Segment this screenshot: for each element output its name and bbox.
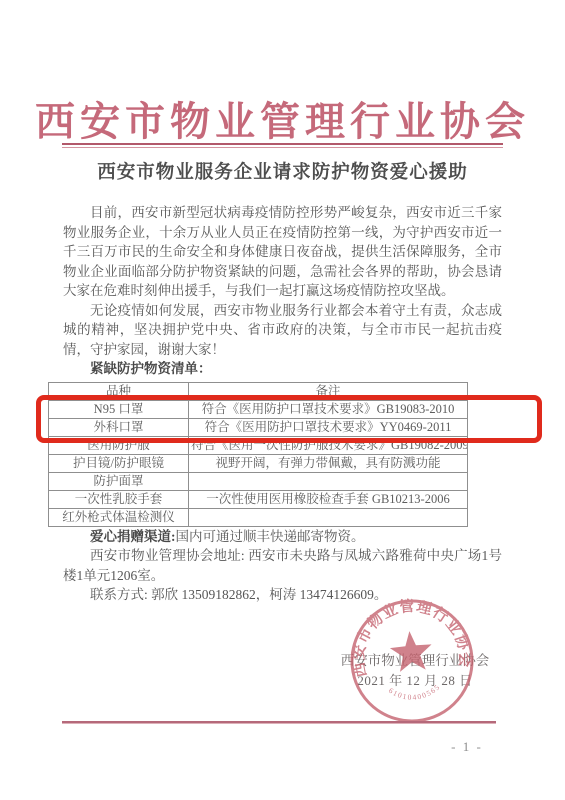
letterhead-divider: [62, 143, 503, 148]
table-row: 护目镜/防护眼镜视野开阔，有弹力带佩戴，具有防溅功能: [49, 454, 468, 472]
column-header-note: 备注: [189, 382, 468, 400]
table-row: 红外枪式体温检测仪: [49, 508, 468, 526]
table-row: N95 口罩符合《医用防护口罩技术要求》GB19083-2010: [49, 400, 468, 418]
contact-line: 联系方式: 郭欣 13509182862，柯涛 13474126609。: [63, 585, 502, 605]
body-paragraph-1: 目前，西安市新型冠状病毒疫情防控形势严峻复杂，西安市近三千家物业服务企业，十余万…: [63, 203, 502, 301]
item-name-cell: 一次性乳胶手套: [49, 490, 189, 508]
item-name-cell: 外科口罩: [49, 418, 189, 436]
table-row: 一次性乳胶手套一次性使用医用橡胶检查手套 GB10213-2006: [49, 490, 468, 508]
item-name-cell: 红外枪式体温检测仪: [49, 508, 189, 526]
document-subtitle: 西安市物业服务企业请求防护物资爱心援助: [0, 158, 565, 184]
donation-channel-line: 爱心捐赠渠道:国内可通过顺丰快递邮寄物资。: [63, 527, 502, 547]
item-note-cell: 一次性使用医用橡胶检查手套 GB10213-2006: [189, 490, 468, 508]
materials-table-body: N95 口罩符合《医用防护口罩技术要求》GB19083-2010外科口罩符合《医…: [49, 400, 468, 526]
item-name-cell: N95 口罩: [49, 400, 189, 418]
donation-channel-text: 国内可通过顺丰快递邮寄物资。: [176, 529, 365, 544]
document-page: 西安市物业管理行业协会 西安市物业服务企业请求防护物资爱心援助 目前，西安市新型…: [0, 0, 565, 800]
item-note-cell: 符合《医用防护口罩技术要求》GB19083-2010: [189, 400, 468, 418]
association-address: 西安市物业管理协会地址: 西安市未央路与凤城六路雅荷中央广场1号楼1单元1206…: [63, 546, 502, 585]
materials-table: 品种 备注 N95 口罩符合《医用防护口罩技术要求》GB19083-2010外科…: [48, 382, 468, 527]
item-name-cell: 医用防护服: [49, 436, 189, 454]
item-note-cell: 视野开阔，有弹力带佩戴，具有防溅功能: [189, 454, 468, 472]
table-row: 外科口罩符合《医用防护口罩技术要求》YY0469-2011: [49, 418, 468, 436]
item-note-cell: [189, 472, 468, 490]
signature-organization: 西安市物业管理行业协会: [325, 649, 505, 669]
page-number: - 1 -: [437, 739, 497, 755]
item-note-cell: 符合《医用一次性防护服技术要求》GB19082-2009: [189, 436, 468, 454]
letterhead-title: 西安市物业管理行业协会: [0, 90, 565, 147]
materials-table-wrapper: 品种 备注 N95 口罩符合《医用防护口罩技术要求》GB19083-2010外科…: [48, 382, 468, 527]
table-row: 医用防护服符合《医用一次性防护服技术要求》GB19082-2009: [49, 436, 468, 454]
table-row: 防护面罩: [49, 472, 468, 490]
column-header-item: 品种: [49, 382, 189, 400]
item-note-cell: 符合《医用防护口罩技术要求》YY0469-2011: [189, 418, 468, 436]
table-header-row: 品种 备注: [49, 382, 468, 400]
materials-list-heading: 紧缺防护物资清单：: [63, 359, 502, 379]
signature-date: 2021 年 12 月 28 日: [325, 670, 505, 689]
item-note-cell: [189, 508, 468, 526]
donation-channel-label: 爱心捐赠渠道:: [90, 529, 176, 544]
item-name-cell: 防护面罩: [49, 472, 189, 490]
footer-divider: [62, 721, 496, 724]
body-paragraph-2: 无论疫情如何发展，西安市物业服务行业都会本着守土有责，众志成城的精神，坚决拥护党…: [63, 301, 502, 360]
document-body: 目前，西安市新型冠状病毒疫情防控形势严峻复杂，西安市近三千家物业服务企业，十余万…: [63, 203, 502, 605]
item-name-cell: 护目镜/防护眼镜: [49, 454, 189, 472]
